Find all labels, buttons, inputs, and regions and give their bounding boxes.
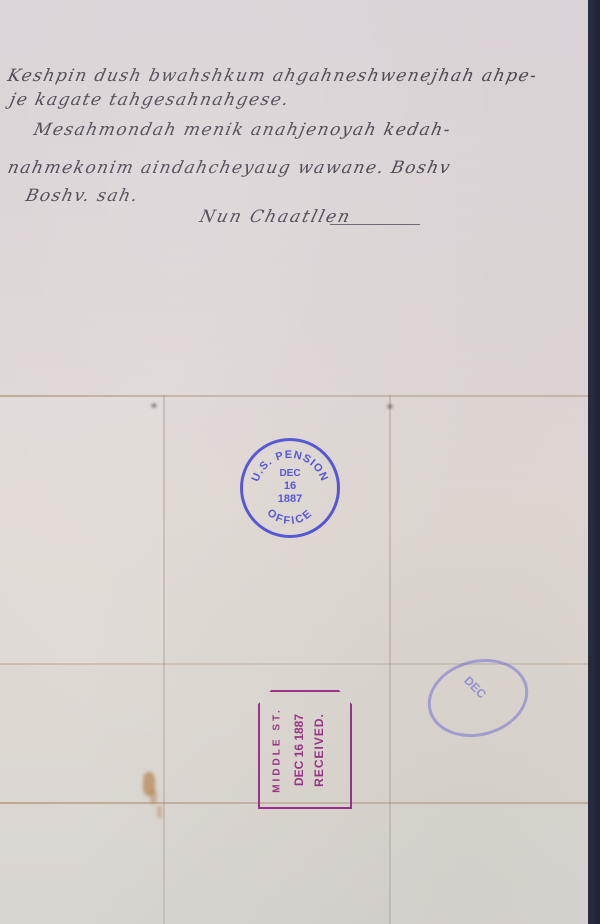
letter-line: Keshpin dush bwahshkum ahgahneshwenejhah…: [6, 66, 540, 86]
received-stamp-label: RECEIVED.: [312, 713, 326, 787]
rust-stain: [157, 805, 162, 819]
rust-stain: [150, 790, 157, 804]
svg-text:OFFICE: OFFICE: [265, 507, 316, 527]
letter-line: je kagate tahgesahnahgese.: [8, 90, 292, 110]
signature-underline: [330, 224, 420, 225]
pension-office-postmark: U.S. PENSION OFFICE DEC 16 1887: [240, 438, 340, 538]
postmark-month: DEC: [243, 469, 337, 479]
background-edge: [588, 0, 600, 924]
postmark-year: 1887: [243, 494, 337, 505]
fold-panel: [0, 397, 163, 663]
letter-paper: Keshpin dush bwahshkum ahgahneshwenejhah…: [0, 0, 590, 924]
ink-dot: [388, 405, 392, 408]
fold-panel: [391, 805, 590, 924]
received-stamp: MIDDLE ST. DEC 16 1887 RECEIVED.: [258, 690, 352, 809]
letter-line: Mesahmondah menik anahjenoyah kedah-: [32, 120, 453, 140]
vertical-fold: [163, 395, 165, 924]
postmark-day: 16: [243, 481, 337, 492]
letter-line: nahmekonim aindahcheyaug wawane. Boshv: [6, 158, 453, 178]
received-stamp-line1: MIDDLE ST.: [272, 707, 283, 793]
letter-line: Boshv. sah.: [24, 186, 141, 206]
received-stamp-date: DEC 16 1887: [292, 713, 306, 785]
faded-postmark-text: DEC: [437, 649, 513, 725]
ink-dot: [152, 404, 156, 407]
